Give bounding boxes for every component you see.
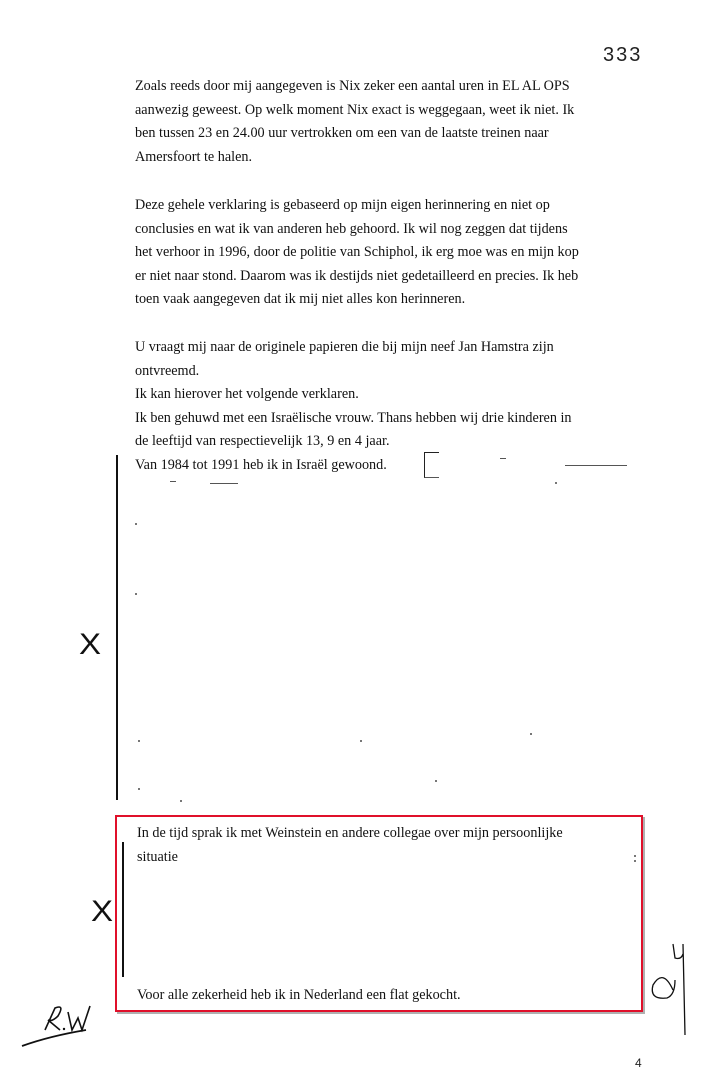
text-line: Deze gehele verklaring is gebaseerd op m…	[135, 194, 645, 218]
scan-speck	[360, 740, 362, 742]
redaction-x-mark: X	[91, 895, 113, 929]
text-line: Ik ben gehuwd met een Israëlische vrouw.…	[135, 407, 645, 431]
text-line: Ik kan hierover het volgende verklaren.	[135, 383, 645, 407]
initials-signature	[10, 1000, 100, 1050]
redaction-residue	[170, 481, 176, 482]
redaction-residue	[500, 458, 506, 459]
scan-speck	[138, 788, 140, 790]
text-line: ontvreemd.	[135, 360, 645, 384]
text-line: het verhoor in 1996, door de politie van…	[135, 241, 645, 265]
redaction-x-mark: X	[79, 628, 101, 662]
box-text-line: situatie	[137, 846, 178, 869]
text-line: er niet naar stond. Daarom was ik destij…	[135, 265, 645, 289]
text-line: Zoals reeds door mij aangegeven is Nix z…	[135, 75, 645, 99]
box-text-line: In de tijd sprak ik met Weinstein en and…	[137, 822, 563, 845]
scan-speck	[634, 860, 636, 862]
scan-speck	[135, 593, 137, 595]
text-line: aanwezig geweest. Op welk moment Nix exa…	[135, 99, 645, 123]
scan-speck	[138, 740, 140, 742]
scan-speck	[180, 800, 182, 802]
paragraph-2: Deze gehele verklaring is gebaseerd op m…	[135, 194, 645, 312]
text-line: U vraagt mij naar de originele papieren …	[135, 336, 645, 360]
text-line: de leeftijd van respectievelijk 13, 9 en…	[135, 430, 645, 454]
text-line: Amersfoort te halen.	[135, 146, 645, 170]
scan-speck	[530, 733, 532, 735]
redaction-residue	[565, 465, 627, 466]
page-number: 4	[635, 1056, 642, 1070]
redaction-margin-line	[116, 455, 118, 800]
text-line: toen vaak aangegeven dat ik mij niet all…	[135, 288, 645, 312]
scan-speck	[435, 780, 437, 782]
text-line: ben tussen 23 en 24.00 uur vertrokken om…	[135, 122, 645, 146]
scan-speck	[555, 482, 557, 484]
paragraph-3: U vraagt mij naar de originele papieren …	[135, 336, 645, 477]
redaction-residue	[210, 483, 238, 484]
redaction-margin-line	[122, 842, 124, 977]
scan-speck	[634, 855, 636, 857]
paragraph-1: Zoals reeds door mij aangegeven is Nix z…	[135, 75, 645, 169]
redaction-bracket	[424, 452, 439, 478]
scan-speck	[135, 523, 137, 525]
margin-handwritten-mark	[645, 940, 705, 1040]
box-text-line: Voor alle zekerheid heb ik in Nederland …	[137, 984, 461, 1007]
page-number-stamp: 333	[603, 44, 642, 67]
text-line: conclusies en wat ik van anderen heb geh…	[135, 218, 645, 242]
